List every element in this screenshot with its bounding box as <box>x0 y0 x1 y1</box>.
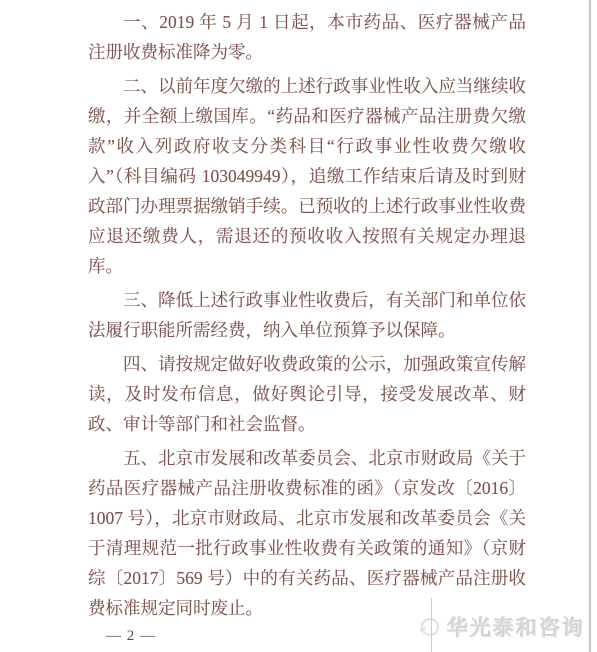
document-body: 一、2019 年 5 月 1 日起，本市药品、医疗器械产品注册收费标准降为零。 … <box>88 7 526 627</box>
scan-edge-line-bottom <box>431 598 432 652</box>
page-number: — 2 — <box>106 628 156 645</box>
watermark-logo-icon <box>417 615 441 639</box>
watermark: 华光泰和咨询 <box>417 612 585 642</box>
paragraph: 三、降低上述行政事业性收费后，有关部门和单位依法履行职能所需经费，纳入单位预算予… <box>88 285 526 345</box>
watermark-label: 华光泰和咨询 <box>447 612 585 642</box>
paragraph: 二、以前年度欠缴的上述行政事业性收入应当继续收缴，并全额上缴国库。“药品和医疗器… <box>88 71 526 281</box>
scan-edge-line-right <box>589 0 591 652</box>
paragraph: 五、北京市发展和改革委员会、北京市财政局《关于药品医疗器械产品注册收费标准的函》… <box>88 443 526 623</box>
document-page: 一、2019 年 5 月 1 日起，本市药品、医疗器械产品注册收费标准降为零。 … <box>0 0 597 652</box>
paragraph: 四、请按规定做好收费政策的公示，加强政策宣传解读，及时发布信息，做好舆论引导，接… <box>88 349 526 439</box>
paragraph: 一、2019 年 5 月 1 日起，本市药品、医疗器械产品注册收费标准降为零。 <box>88 7 526 67</box>
